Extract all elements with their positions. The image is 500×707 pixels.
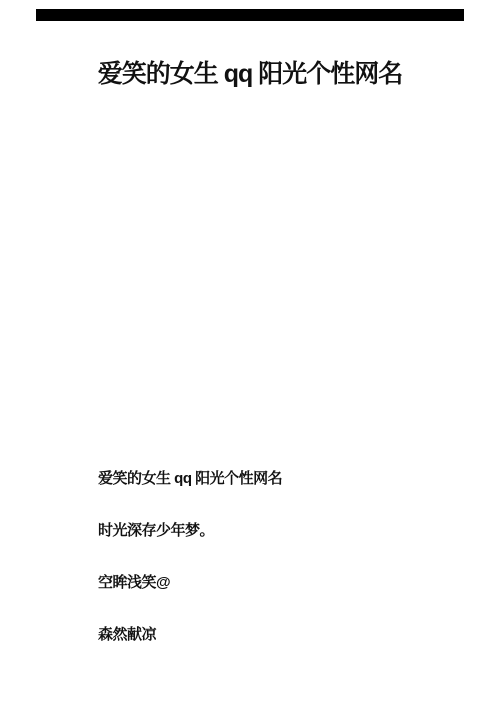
document-title: 爱笑的女生 qq 阳光个性网名 (0, 60, 500, 89)
body-text-block: 爱笑的女生 qq 阳光个性网名 时光深存少年梦。 空眸浅笑@ 森然献凉 (98, 470, 460, 644)
top-rule (36, 9, 464, 21)
body-line-1: 时光深存少年梦。 (98, 522, 460, 540)
body-line-3: 森然献凉 (98, 626, 460, 644)
body-line-2: 空眸浅笑@ (98, 574, 460, 592)
body-heading: 爱笑的女生 qq 阳光个性网名 (98, 470, 460, 488)
document-page: 爱笑的女生 qq 阳光个性网名 爱笑的女生 qq 阳光个性网名 时光深存少年梦。… (0, 0, 500, 707)
